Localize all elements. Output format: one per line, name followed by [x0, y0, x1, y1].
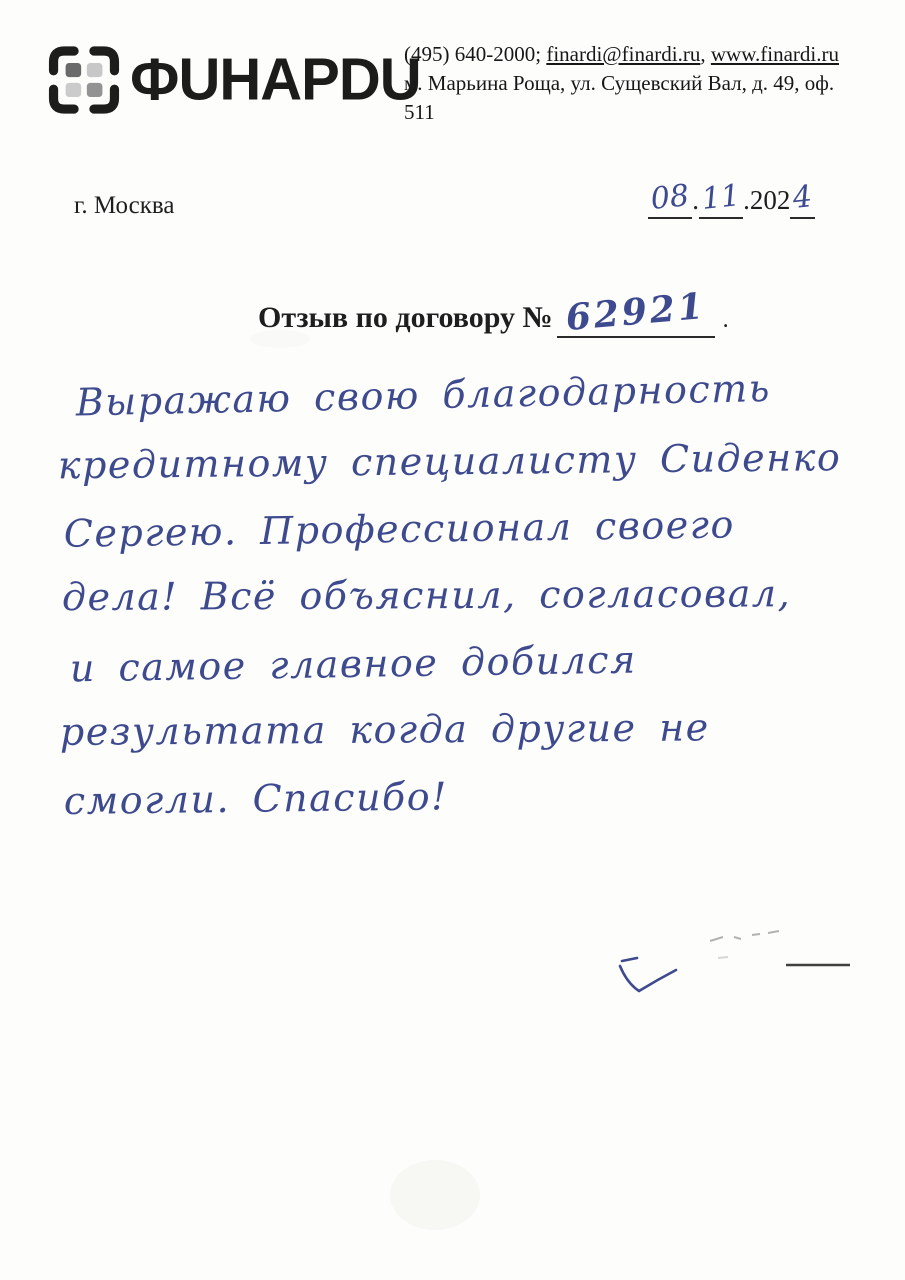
review-line: смогли. Спасибо! [64, 769, 889, 846]
finardi-four-pane-logo-icon [48, 46, 120, 114]
contract-number-blank: 62921 [557, 294, 715, 338]
date-dot: . [692, 185, 699, 216]
handwritten-contract-number: 62921 [564, 285, 707, 339]
signature-ink-stroke [620, 958, 676, 991]
handwritten-month: 11 [700, 178, 742, 217]
contact-line-1: (495) 640-2000; finardi@finardi.ru, www.… [404, 40, 896, 69]
handwritten-day: 08 [649, 178, 691, 217]
date-printed-part: .202 [743, 185, 790, 216]
signature [560, 918, 880, 1010]
review-line: Сергею. Профессионал своего [64, 500, 889, 578]
city-label: г. Москва [74, 192, 174, 220]
document-date: 08.11.2024 [648, 182, 815, 219]
handwritten-year-digit: 4 [791, 179, 814, 216]
date-year-blank: 4 [790, 182, 815, 219]
review-line: дела! Всё объяснил, согласовал, [62, 571, 888, 642]
company-wordmark: ФUHAPDU [130, 50, 421, 109]
address-line-1: м. Марьина Роща, ул. Сущевский Вал, д. 4… [404, 69, 896, 98]
date-day-blank: 08 [648, 182, 692, 219]
review-line: результата когда другие не [60, 704, 888, 777]
handwritten-review-text: Выражаю свою благодарность кредитному сп… [58, 372, 888, 841]
signature-faint-dashes [710, 931, 779, 958]
scan-smudge [250, 330, 310, 348]
scan-smudge [390, 1160, 480, 1230]
review-line: кредитному специалисту Сиденко [58, 435, 889, 511]
company-logo: ФUHAPDU [48, 46, 421, 114]
title-period: . [723, 307, 729, 333]
letterhead-contacts: (495) 640-2000; finardi@finardi.ru, www.… [404, 40, 896, 127]
address-line-2: 511 [404, 98, 896, 127]
scanned-review-document: ФUHAPDU (495) 640-2000; finardi@finardi.… [0, 0, 905, 1280]
title-label: Отзыв по договору № [258, 301, 553, 334]
contact-separator: , [700, 42, 711, 66]
email-link: finardi@finardi.ru [546, 42, 700, 66]
review-line: и самое главное добился [70, 634, 889, 714]
review-line: Выражаю свою благодарность [75, 364, 888, 448]
document-title: Отзыв по договору №62921. [258, 294, 729, 338]
website-link: www.finardi.ru [711, 42, 839, 66]
date-month-blank: 11 [699, 182, 743, 219]
phone-number: (495) 640-2000; [404, 42, 546, 66]
